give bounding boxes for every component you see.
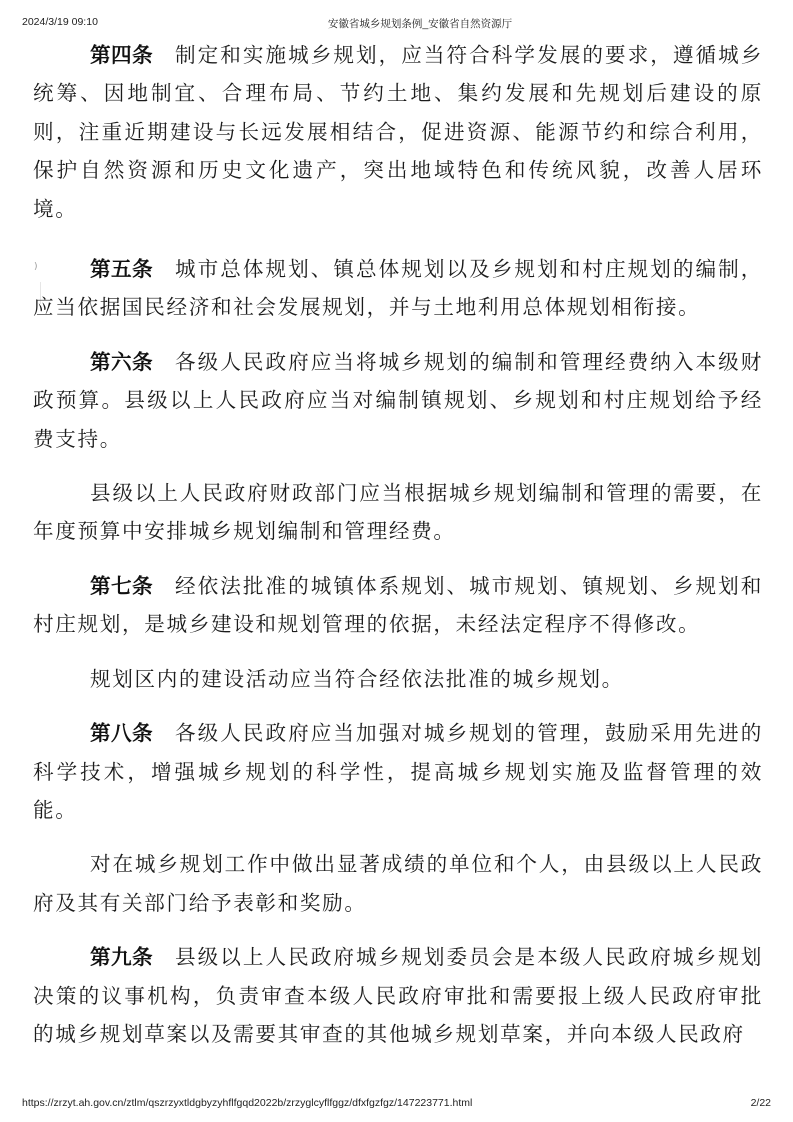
- print-header: 2024/3/19 09:10 安徽省城乡规划条例_安徽省自然资源厅: [22, 16, 771, 32]
- article-heading: 第七条: [90, 574, 153, 598]
- paragraph-article-9: 第九条县级以上人民政府城乡规划委员会是本级人民政府城乡规划决策的议事机构，负责审…: [33, 938, 763, 1053]
- paragraph-article-6-clause-2: 县级以上人民政府财政部门应当根据城乡规划编制和管理的需要，在年度预算中安排城乡规…: [33, 474, 763, 551]
- paragraph-article-8: 第八条各级人民政府应当加强对城乡规划的管理，鼓励采用先进的科学技术，增强城乡规划…: [33, 714, 763, 829]
- article-heading: 第六条: [90, 350, 153, 374]
- paragraph-article-8-clause-2: 对在城乡规划工作中做出显著成绩的单位和个人，由县级以上人民政府及其有关部门给予表…: [33, 845, 763, 922]
- paragraph-article-7-clause-2: 规划区内的建设活动应当符合经依法批准的城乡规划。: [33, 660, 763, 698]
- document-title: 安徽省城乡规划条例_安徽省自然资源厅: [260, 16, 580, 31]
- document-body: 第四条制定和实施城乡规划，应当符合科学发展的要求，遵循城乡统筹、因地制宜、合理布…: [33, 36, 763, 1053]
- print-datetime: 2024/3/19 09:10: [22, 16, 98, 28]
- paragraph-text: 对在城乡规划工作中做出显著成绩的单位和个人，由县级以上人民政府及其有关部门给予表…: [33, 852, 763, 914]
- paragraph-article-7: 第七条经依法批准的城镇体系规划、城市规划、镇规划、乡规划和村庄规划，是城乡建设和…: [33, 567, 763, 644]
- page-number: 2/22: [751, 1097, 771, 1109]
- paragraph-article-5: 第五条城市总体规划、镇总体规划以及乡规划和村庄规划的编制，应当依据国民经济和社会…: [33, 250, 763, 327]
- paragraph-article-4: 第四条制定和实施城乡规划，应当符合科学发展的要求，遵循城乡统筹、因地制宜、合理布…: [33, 36, 763, 228]
- article-heading: 第五条: [90, 257, 153, 281]
- paragraph-article-6: 第六条各级人民政府应当将城乡规划的编制和管理经费纳入本级财政预算。县级以上人民政…: [33, 343, 763, 458]
- paragraph-text: 规划区内的建设活动应当符合经依法批准的城乡规划。: [90, 667, 624, 691]
- article-heading: 第八条: [90, 721, 153, 745]
- page-url: https://zrzyt.ah.gov.cn/ztlm/qszrzyxtldg…: [22, 1097, 472, 1109]
- article-heading: 第四条: [90, 43, 153, 67]
- article-heading: 第九条: [90, 945, 153, 969]
- paragraph-text: 县级以上人民政府财政部门应当根据城乡规划编制和管理的需要，在年度预算中安排城乡规…: [33, 481, 763, 543]
- paragraph-text: 制定和实施城乡规划，应当符合科学发展的要求，遵循城乡统筹、因地制宜、合理布局、节…: [33, 43, 763, 221]
- print-footer: https://zrzyt.ah.gov.cn/ztlm/qszrzyxtldg…: [22, 1097, 771, 1113]
